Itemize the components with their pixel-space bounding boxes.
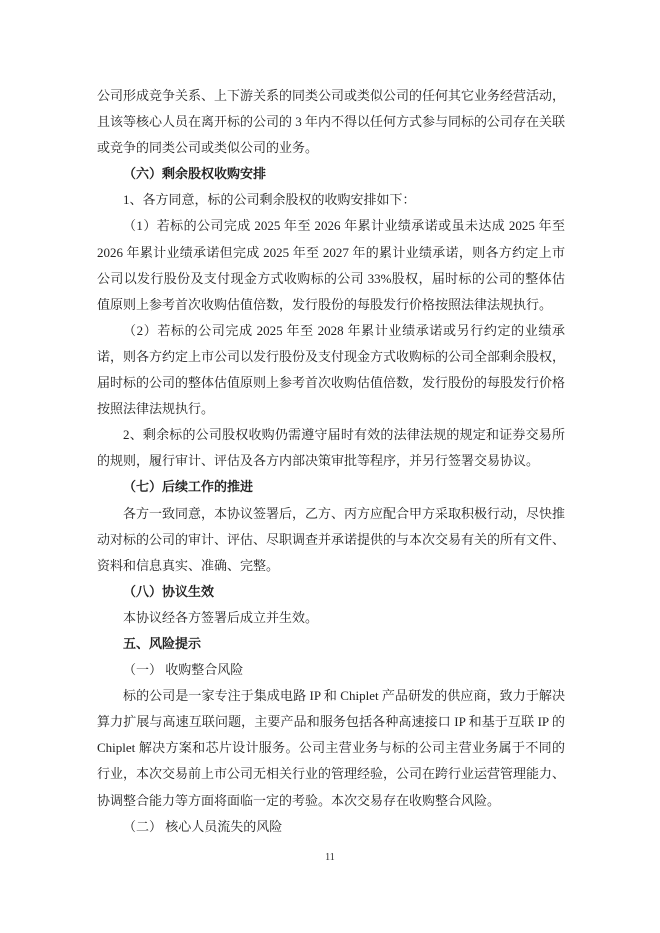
- paragraph-arrangement-intro: 1、各方同意，标的公司剩余股权的收购安排如下：: [97, 187, 565, 213]
- paragraph-agreement-effectiveness: 本协议经各方签署后成立并生效。: [97, 605, 565, 631]
- page-number: 11: [325, 852, 335, 863]
- chapter-heading-risk-warning: 五、风险提示: [97, 631, 565, 657]
- paragraph-arrangement-compliance: 2、剩余标的公司股权收购仍需遵守届时有效的法律法规的规定和证券交易所的规则，履行…: [97, 422, 565, 474]
- paragraph-noncompete-continuation: 公司形成竞争关系、上下游关系的同类公司或类似公司的任何其它业务经营活动，且该等核…: [97, 83, 565, 161]
- section-heading-remaining-equity-arrangement: （六）剩余股权收购安排: [97, 161, 565, 187]
- document-body: 公司形成竞争关系、上下游关系的同类公司或类似公司的任何其它业务经营活动，且该等核…: [97, 83, 565, 840]
- document-page: 公司形成竞争关系、上下游关系的同类公司或类似公司的任何其它业务经营活动，且该等核…: [0, 0, 660, 933]
- subheading-integration-risk: （一） 收购整合风险: [97, 657, 565, 683]
- paragraph-arrangement-item-1: （1）若标的公司完成 2025 年至 2026 年累计业绩承诺或虽未达成 202…: [97, 213, 565, 317]
- section-heading-follow-up-work: （七）后续工作的推进: [97, 474, 565, 500]
- paragraph-follow-up-work: 各方一致同意，本协议签署后，乙方、丙方应配合甲方采取积极行动，尽快推动对标的公司…: [97, 501, 565, 579]
- subheading-key-personnel-risk: （二） 核心人员流失的风险: [97, 814, 565, 840]
- section-heading-agreement-effectiveness: （八）协议生效: [97, 579, 565, 605]
- paragraph-integration-risk: 标的公司是一家专注于集成电路 IP 和 Chiplet 产品研发的供应商，致力于…: [97, 683, 565, 813]
- paragraph-arrangement-item-2: （2）若标的公司完成 2025 年至 2028 年累计业绩承诺或另行约定的业绩承…: [97, 318, 565, 422]
- page-footer: 11: [0, 851, 660, 865]
